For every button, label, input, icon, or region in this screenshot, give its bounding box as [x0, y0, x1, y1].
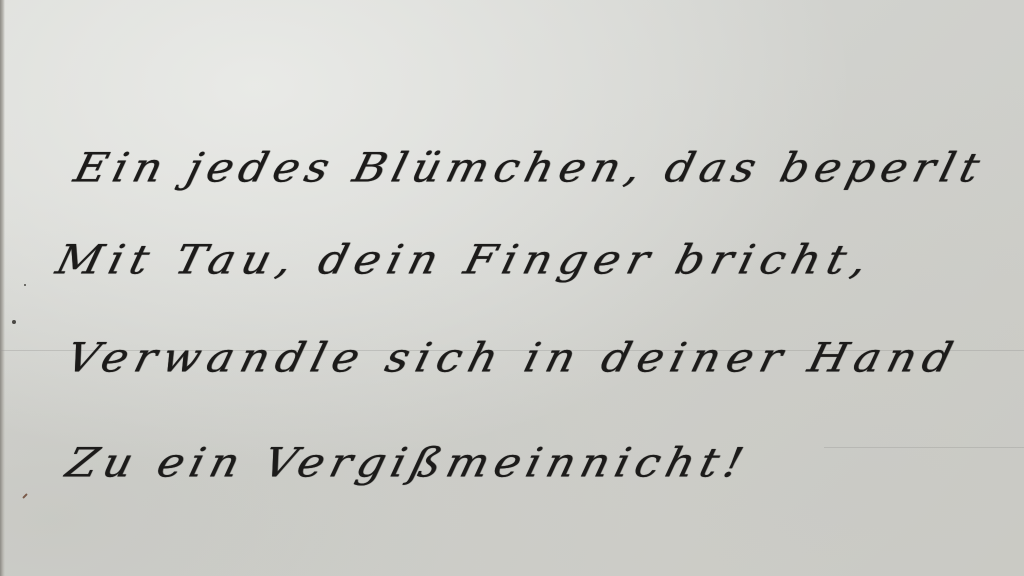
paper-fold-line [824, 447, 1024, 448]
poem-line-1: Ein jedes Blümchen, das beperlt [70, 149, 989, 189]
paper-left-edge [0, 0, 5, 576]
poem-line-4: Zu ein Vergißmeinnicht! [62, 444, 753, 484]
ink-smudge [22, 493, 28, 499]
ink-speck [12, 320, 16, 324]
poem-line-2: Mit Tau, dein Finger bricht, [52, 241, 878, 281]
poem-line-3: Verwandle sich in deiner Hand [62, 339, 963, 379]
ink-speck [24, 284, 26, 286]
paper-sheet: Ein jedes Blümchen, das beperlt Mit Tau,… [0, 0, 1024, 576]
